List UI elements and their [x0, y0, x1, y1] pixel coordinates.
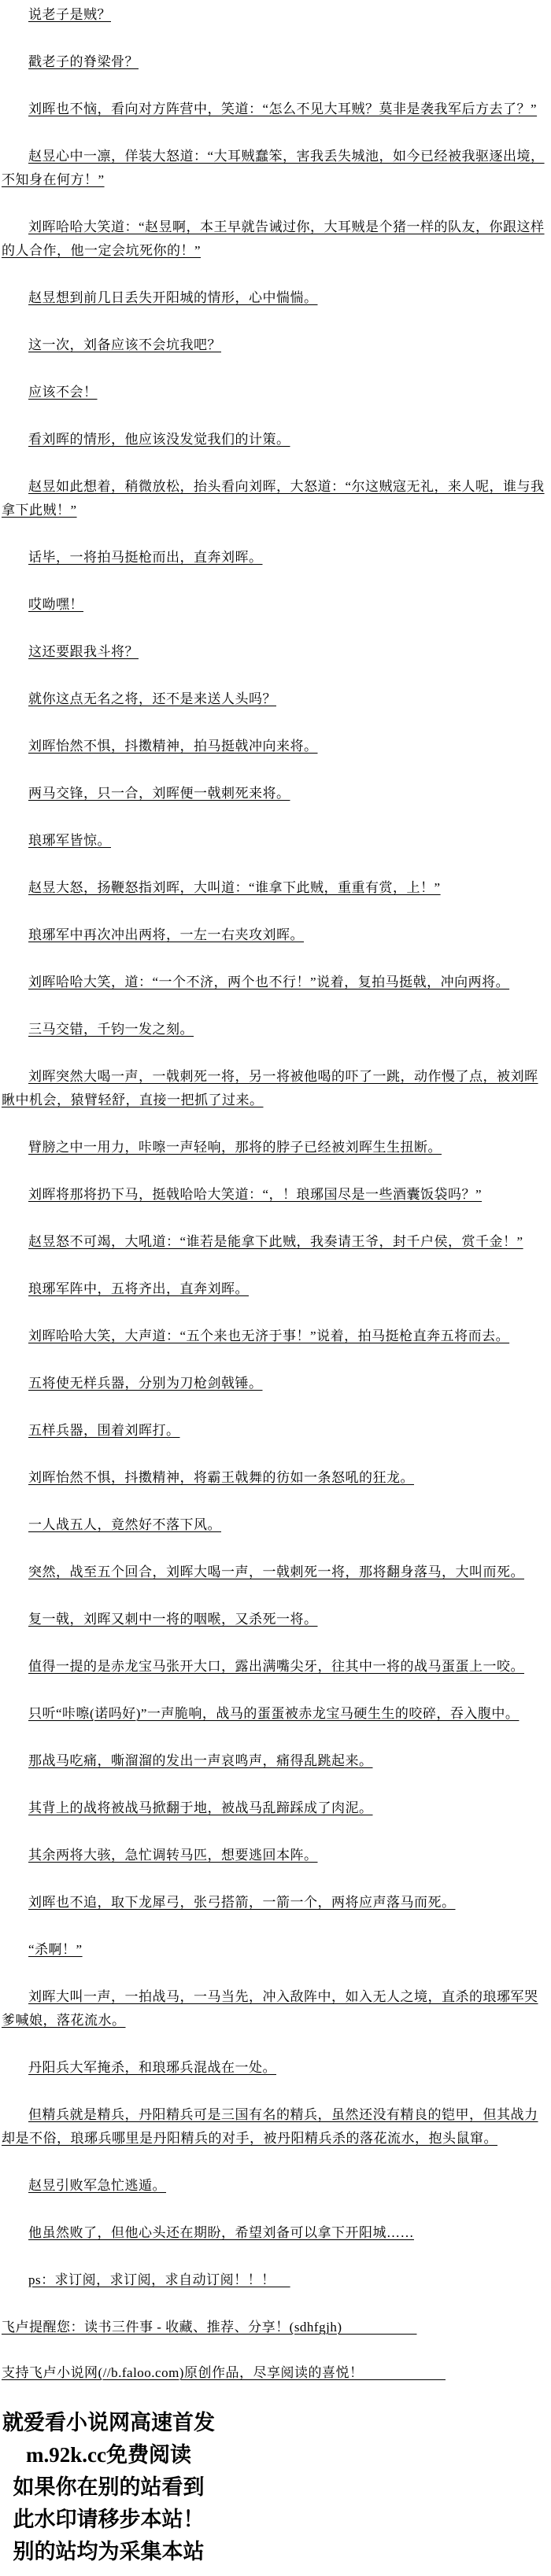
novel-paragraph: 刘晖将那将扔下马，挺戟哈哈大笑道：“，！琅琊国尽是一些酒囊饭袋吗？” [2, 1183, 549, 1207]
watermark-line: 如果你在别的站看到 [2, 2471, 216, 2504]
novel-paragraph: 刘晖突然大喝一声，一戟刺死一将，另一将被他喝的吓了一跳，动作慢了点，被刘晖瞅中机… [2, 1065, 549, 1112]
watermark-line: m.92k.cc免费阅读 [2, 2439, 216, 2471]
novel-paragraph: 刘晖哈哈大笑，大声道：“五个来也无济于事！”说着，拍马挺枪直奔五将而去。 [2, 1325, 549, 1348]
novel-paragraph: ps：求订阅，求订阅，求自动订阅！！！ [2, 2268, 549, 2292]
novel-paragraph: 刘晖也不恼，看向对方阵营中，笑道：“怎么不见大耳贼？莫非是袭我军后方去了？” [2, 98, 549, 121]
novel-paragraph: 三马交错，千钧一发之刻。 [2, 1018, 549, 1041]
novel-paragraph: 刘晖哈哈大笑道：“赵昱啊，本王早就告诫过你，大耳贼是个猪一样的队友，你跟这样的人… [2, 216, 549, 263]
novel-paragraph: 两马交锋，只一合，刘晖便一戟刺死来将。 [2, 782, 549, 805]
novel-paragraph: 刘晖也不追，取下龙犀弓，张弓搭箭，一箭一个，两将应声落马而死。 [2, 1891, 549, 1914]
watermark-line: 就爱看小说网高速首发 [2, 2407, 216, 2439]
novel-paragraph: 应该不会！ [2, 381, 549, 404]
novel-paragraph: 看刘晖的情形，他应该没发觉我们的计策。 [2, 428, 549, 451]
novel-paragraph: 其余两将大骇，急忙调转马匹，想要逃回本阵。 [2, 1844, 549, 1867]
novel-paragraph: 但精兵就是精兵，丹阳精兵可是三国有名的精兵，虽然还没有精良的铠甲，但其战力却是不… [2, 2103, 549, 2150]
novel-paragraph: 戳老子的脊梁骨？ [2, 50, 549, 74]
site-footer: 飞卢提醒您：读书三件事 - 收藏、推荐、分享！(sdhfgjh) 支持飞卢小说网… [2, 2316, 549, 2385]
novel-paragraph: 哎呦嘿！ [2, 593, 549, 617]
novel-paragraph: 一人战五人，竟然好不落下风。 [2, 1513, 549, 1537]
novel-reader-page: 说老子是贼？戳老子的脊梁骨？刘晖也不恼，看向对方阵营中，笑道：“怎么不见大耳贼？… [0, 0, 551, 2576]
novel-paragraph: 五样兵器，围着刘晖打。 [2, 1419, 549, 1443]
novel-paragraph: 赵昱如此想着，稍微放松，抬头看向刘晖，大怒道：“尔这贼寇无礼，来人呢，谁与我拿下… [2, 475, 549, 522]
novel-paragraph: 刘晖怡然不惧，抖擞精神，拍马挺戟冲向来将。 [2, 735, 549, 758]
watermark-line: 此水印请移步本站！ [2, 2504, 216, 2536]
novel-paragraph: 值得一提的是赤龙宝马张开大口，露出满嘴尖牙，往其中一将的战马蛋蛋上一咬。 [2, 1655, 549, 1679]
novel-paragraph: 琅琊军阵中，五将齐出，直奔刘晖。 [2, 1277, 549, 1301]
novel-paragraph: 突然，战至五个回合，刘晖大喝一声，一戟刺死一将，那将翻身落马，大叫而死。 [2, 1561, 549, 1584]
watermark-line: 别的站均为采集本站 [2, 2536, 216, 2568]
novel-paragraph: 那战马吃痛，嘶溜溜的发出一声哀鸣声，痛得乱跳起来。 [2, 1749, 549, 1773]
novel-paragraph: 五将使无样兵器，分别为刀枪剑戟锤。 [2, 1372, 549, 1395]
novel-paragraph: 其背上的战将被战马掀翻于地，被战马乱蹄踩成了肉泥。 [2, 1797, 549, 1820]
novel-paragraph: 刘晖怡然不惧，抖擞精神，将霸王戟舞的彷如一条怒吼的狂龙。 [2, 1466, 549, 1490]
novel-paragraph: 他虽然败了，但他心头还在期盼，希望刘备可以拿下开阳城…… [2, 2221, 549, 2245]
novel-paragraph: 琅琊军皆惊。 [2, 829, 549, 853]
novel-paragraph: 赵昱心中一凛，佯装大怒道：“大耳贼蠢笨，害我丢失城池，如今已经被我驱逐出境，不知… [2, 145, 549, 192]
novel-paragraph: 赵昱引败军急忙逃遁。 [2, 2174, 549, 2198]
novel-paragraph: 刘晖大叫一声，一拍战马，一马当先，冲入敌阵中，如入无人之境，直杀的琅琊军哭爹喊娘… [2, 1985, 549, 2032]
novel-paragraph: 只听“咔嚓(诺吗好)”一声脆响，战马的蛋蛋被赤龙宝马硬生生的咬碎，吞入腹中。 [2, 1702, 549, 1726]
novel-paragraph: 赵昱怒不可竭，大吼道：“谁若是能拿下此贼，我奏请王爷，封千户侯，赏千金！” [2, 1230, 549, 1254]
novel-paragraph: 就你这点无名之将，还不是来送人头吗？ [2, 687, 549, 711]
novel-paragraph: 复一戟，刘晖又刺中一将的咽喉，又杀死一将。 [2, 1608, 549, 1631]
footer-line: 支持飞卢小说网(//b.faloo.com)原创作品，尽享阅读的喜悦！ [2, 2361, 549, 2385]
novel-paragraph: 丹阳兵大军掩杀，和琅琊兵混战在一处。 [2, 2056, 549, 2080]
novel-paragraph: 臂膀之中一用力，咔嚓一声轻响，那将的脖子已经被刘晖生生扭断。 [2, 1136, 549, 1159]
novel-paragraph: 刘晖哈哈大笑，道：“一个不济，两个也不行！”说着，复拍马挺戟，冲向两将。 [2, 971, 549, 994]
novel-paragraph: 话毕，一将拍马挺枪而出，直奔刘晖。 [2, 546, 549, 569]
novel-body: 说老子是贼？戳老子的脊梁骨？刘晖也不恼，看向对方阵营中，笑道：“怎么不见大耳贼？… [2, 3, 549, 2292]
novel-paragraph: 赵昱想到前几日丢失开阳城的情形，心中惴惴。 [2, 286, 549, 310]
novel-paragraph: “杀啊！” [2, 1938, 549, 1962]
anti-piracy-watermark: 就爱看小说网高速首发m.92k.cc免费阅读如果你在别的站看到此水印请移步本站！… [2, 2407, 216, 2568]
novel-paragraph: 这一次，刘备应该不会坑我吧？ [2, 334, 549, 357]
novel-paragraph: 这还要跟我斗将？ [2, 640, 549, 664]
novel-paragraph: 赵昱大怒，扬鞭怒指刘晖，大叫道：“谁拿下此贼，重重有赏，上！” [2, 876, 549, 900]
novel-paragraph: 琅琊军中再次冲出两将，一左一右夹攻刘晖。 [2, 923, 549, 947]
novel-paragraph: 说老子是贼？ [2, 3, 549, 27]
footer-line: 飞卢提醒您：读书三件事 - 收藏、推荐、分享！(sdhfgjh) [2, 2316, 549, 2339]
